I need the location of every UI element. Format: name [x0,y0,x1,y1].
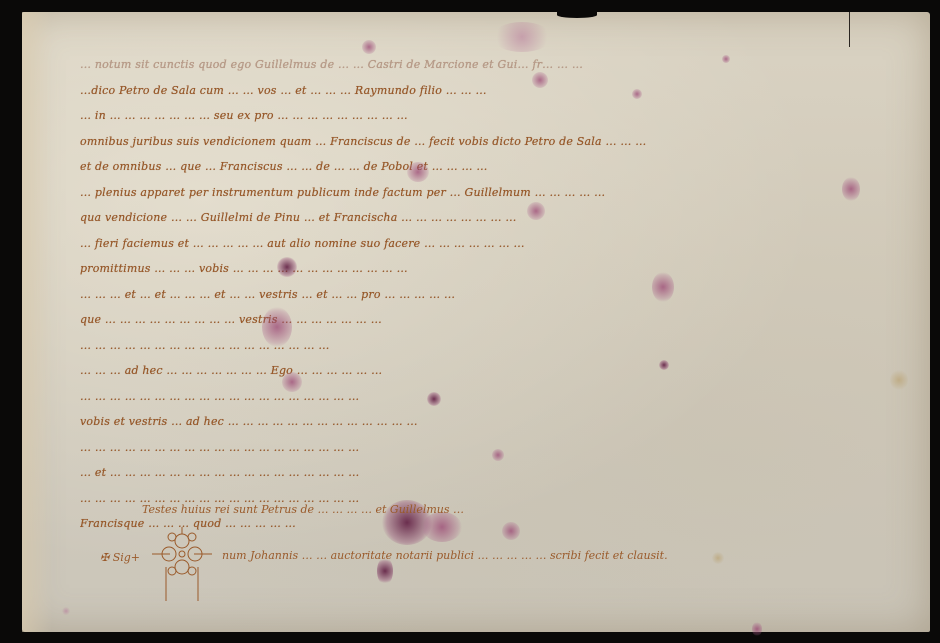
ink-stain [407,162,429,182]
parchment-crack [849,12,850,47]
ink-stain [262,307,292,347]
text-line: et de omnibus … que … Franciscus … … de … [80,154,920,180]
ink-stain [502,522,520,540]
parchment-sheet: … notum sit cunctis quod ego Guillelmus … [22,12,930,632]
ink-stain [722,55,730,63]
text-line: vobis et vestris … ad hec … … … … … … … … [80,409,920,435]
age-stain [712,552,724,564]
text-line: … in … … … … … … … seu ex pro … … … … … … [80,103,920,129]
text-line: … … … et … et … … … et … … vestris … et … [80,282,920,308]
age-stain [890,370,908,390]
ink-stain [752,622,762,636]
ink-stain [492,449,504,461]
text-line: … fieri faciemus et … … … … … aut alio n… [80,231,920,257]
charter-body-text: … notum sit cunctis quod ego Guillelmus … [80,52,920,537]
text-line: … et … … … … … … … … … … … … … … … … … [80,460,920,486]
ink-stain [62,607,70,615]
ink-stain [532,72,548,88]
ink-stain [652,272,674,302]
text-line: … … … … … … … … … … … … … … … … … [80,333,920,359]
ink-stain [362,40,376,54]
text-line: … … … ad hec … … … … … … … Ego … … … … …… [80,358,920,384]
text-line: …dico Petro de Sala cum … … vos … et … …… [80,78,920,104]
text-line: promittimus … … … vobis … … … … … … … … … [80,256,920,282]
text-line: qua vendicione … … Guillelmi de Pinu … e… [80,205,920,231]
notarial-subscription: num Johannis … … auctoritate notarii pub… [222,549,668,562]
text-line: que … … … … … … … … … vestris … … … … … … [80,307,920,333]
ink-stain [632,89,642,99]
text-line: omnibus juribus suis vendicionem quam … … [80,129,920,155]
ink-stain [659,360,669,370]
notarial-sign-rosette-icon [152,527,212,602]
ink-stain [842,177,860,201]
ink-stain [282,372,302,392]
ink-stain [277,257,297,277]
witness-clause: Testes huius rei sunt Petrus de … … … … … [142,503,464,516]
signum-label: ✠ Sig+ [100,551,140,564]
parchment-notch [557,12,597,18]
ink-stain [422,512,462,542]
text-line: … … … … … … … … … … … … … … … … … … … [80,384,920,410]
ink-stain [527,202,545,220]
ink-stain [492,22,552,52]
ink-stain [427,392,441,406]
text-line: … plenius apparet per instrumentum publi… [80,180,920,206]
text-line: … notum sit cunctis quod ego Guillelmus … [80,52,920,78]
